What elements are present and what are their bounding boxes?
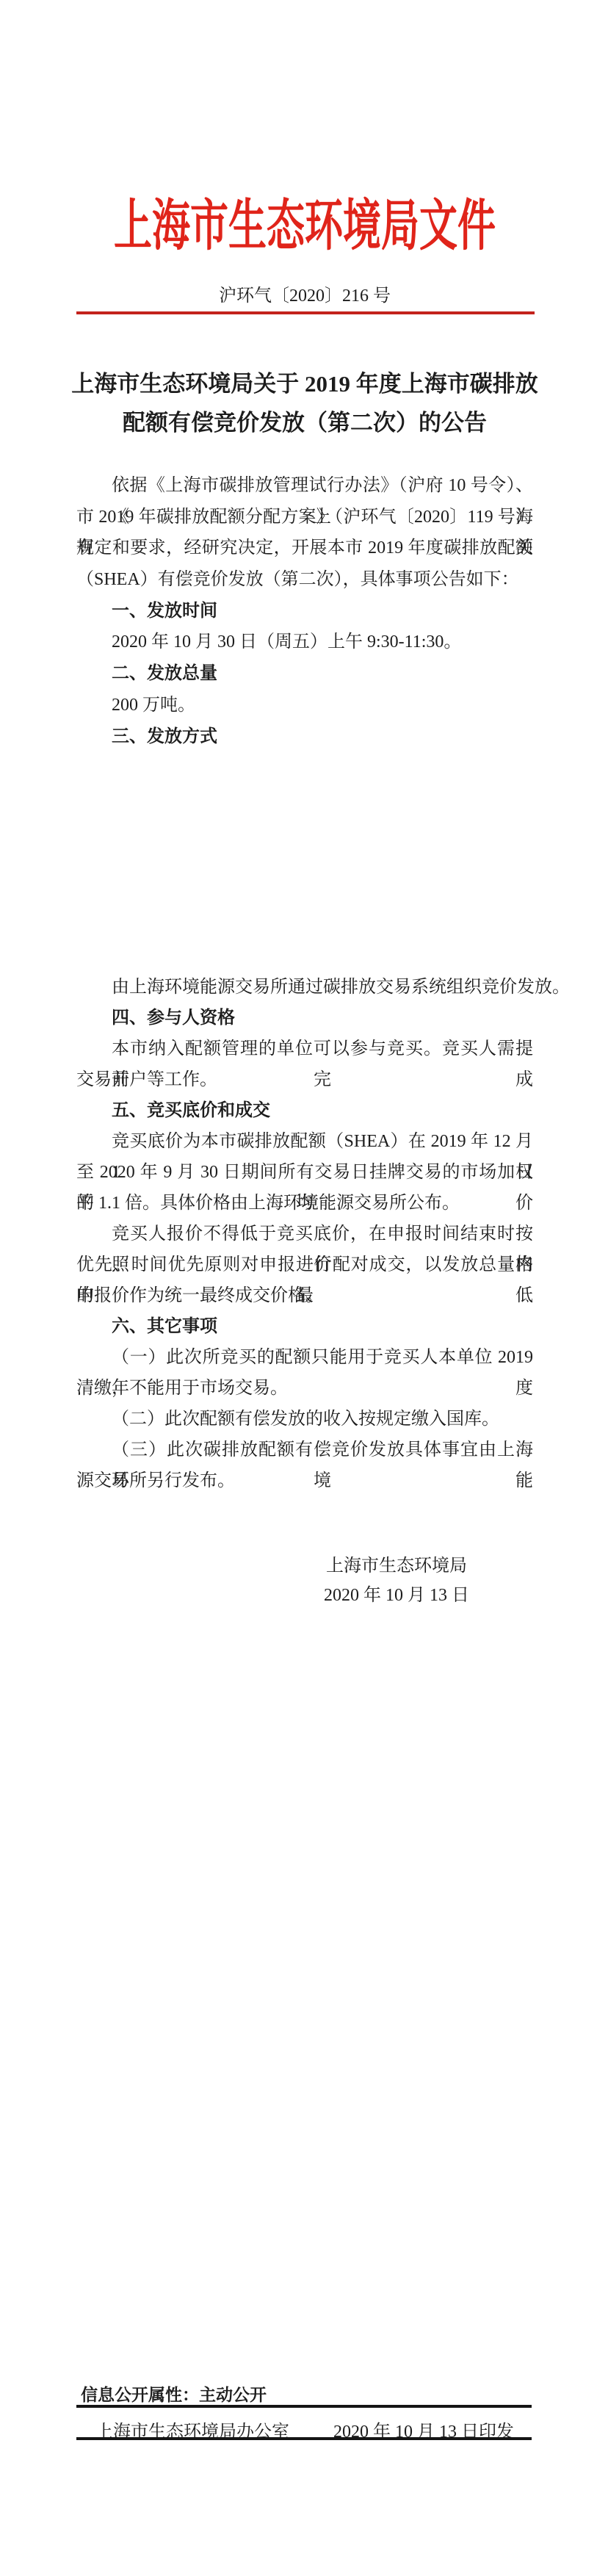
signature-block: 上海市生态环境局 2020 年 10 月 13 日 [317, 1551, 476, 1610]
red-divider-rule [76, 311, 535, 314]
document-title: 上海市生态环境局关于 2019 年度上海市碳排放 配额有偿竞价发放（第二次）的公… [47, 364, 562, 442]
body-line: 竞买人报价不得低于竞买底价，在申报时间结束时按照价格 [76, 1219, 533, 1249]
body-line: 200 万吨。 [76, 690, 533, 721]
document-page: 上海市生态环境局文件 沪环气〔2020〕216 号 上海市生态环境局关于 201… [0, 0, 608, 2576]
body-line: 市 2019 年碳排放配额分配方案》（沪环气〔2020〕119 号）有关 [76, 502, 533, 533]
body-page-2: 由上海环境能源交易所通过碳排放交易系统组织竞价发放。四、参与人资格本市纳入配额管… [76, 972, 533, 1496]
document-title-line-1: 上海市生态环境局关于 2019 年度上海市碳排放 [47, 364, 562, 403]
body-line: 本市纳入配额管理的单位可以参与竞买。竞买人需提前完成 [76, 1033, 533, 1064]
body-line: 竞买底价为本市碳排放配额（SHEA）在 2019 年 12 月 1 日 [76, 1126, 533, 1157]
signature-org: 上海市生态环境局 [317, 1551, 476, 1581]
body-line: 至 2020 年 9 月 30 日期间所有交易日挂牌交易的市场加权平均价 [76, 1157, 533, 1188]
signature-date: 2020 年 10 月 13 日 [317, 1581, 476, 1610]
body-line: 优先、时间优先原则对申报进行配对成交，以发放总量内的最低 [76, 1249, 533, 1280]
body-line: （三）此次碳排放配额有偿竞价发放具体事宜由上海环境能 [76, 1435, 533, 1465]
body-line: 由上海环境能源交易所通过碳排放交易系统组织竞价发放。 [76, 972, 533, 1003]
section-heading: 三、发放方式 [76, 721, 533, 753]
body-line: 依据《上海市碳排放管理试行办法》（沪府 10 号令）、《上海 [76, 470, 533, 502]
document-title-line-2: 配额有偿竞价发放（第二次）的公告 [47, 403, 562, 442]
footer-office: 上海市生态环境局办公室 [95, 2417, 289, 2447]
document-number: 沪环气〔2020〕216 号 [76, 281, 533, 306]
section-heading: 一、发放时间 [76, 596, 533, 627]
footer-classification: 信息公开属性：主动公开 [81, 2381, 267, 2406]
body-line: （二）此次配额有偿发放的收入按规定缴入国库。 [76, 1404, 533, 1435]
section-heading: 五、竞买底价和成交 [76, 1095, 533, 1126]
section-heading: 四、参与人资格 [76, 1003, 533, 1033]
body-line: 规定和要求，经研究决定，开展本市 2019 年度碳排放配额 [76, 533, 533, 564]
body-line: （一）此次所竞买的配额只能用于竞买人本单位 2019 年度 [76, 1342, 533, 1373]
body-line: （SHEA）有偿竞价发放（第二次），具体事项公告如下： [76, 564, 533, 596]
section-heading: 二、发放总量 [76, 658, 533, 690]
footer-print-date: 2020 年 10 月 13 日印发 [333, 2417, 514, 2447]
body-page-1: 依据《上海市碳排放管理试行办法》（沪府 10 号令）、《上海市 2019 年碳排… [76, 470, 533, 752]
agency-header-title: 上海市生态环境局文件 [76, 181, 533, 261]
footer-row: 上海市生态环境局办公室 2020 年 10 月 13 日印发 [76, 2417, 532, 2447]
body-line: 2020 年 10 月 30 日（周五）上午 9:30-11:30。 [76, 627, 533, 658]
footer-rule-bottom [76, 2437, 532, 2440]
footer-rule-top [76, 2405, 532, 2408]
section-heading: 六、其它事项 [76, 1311, 533, 1342]
